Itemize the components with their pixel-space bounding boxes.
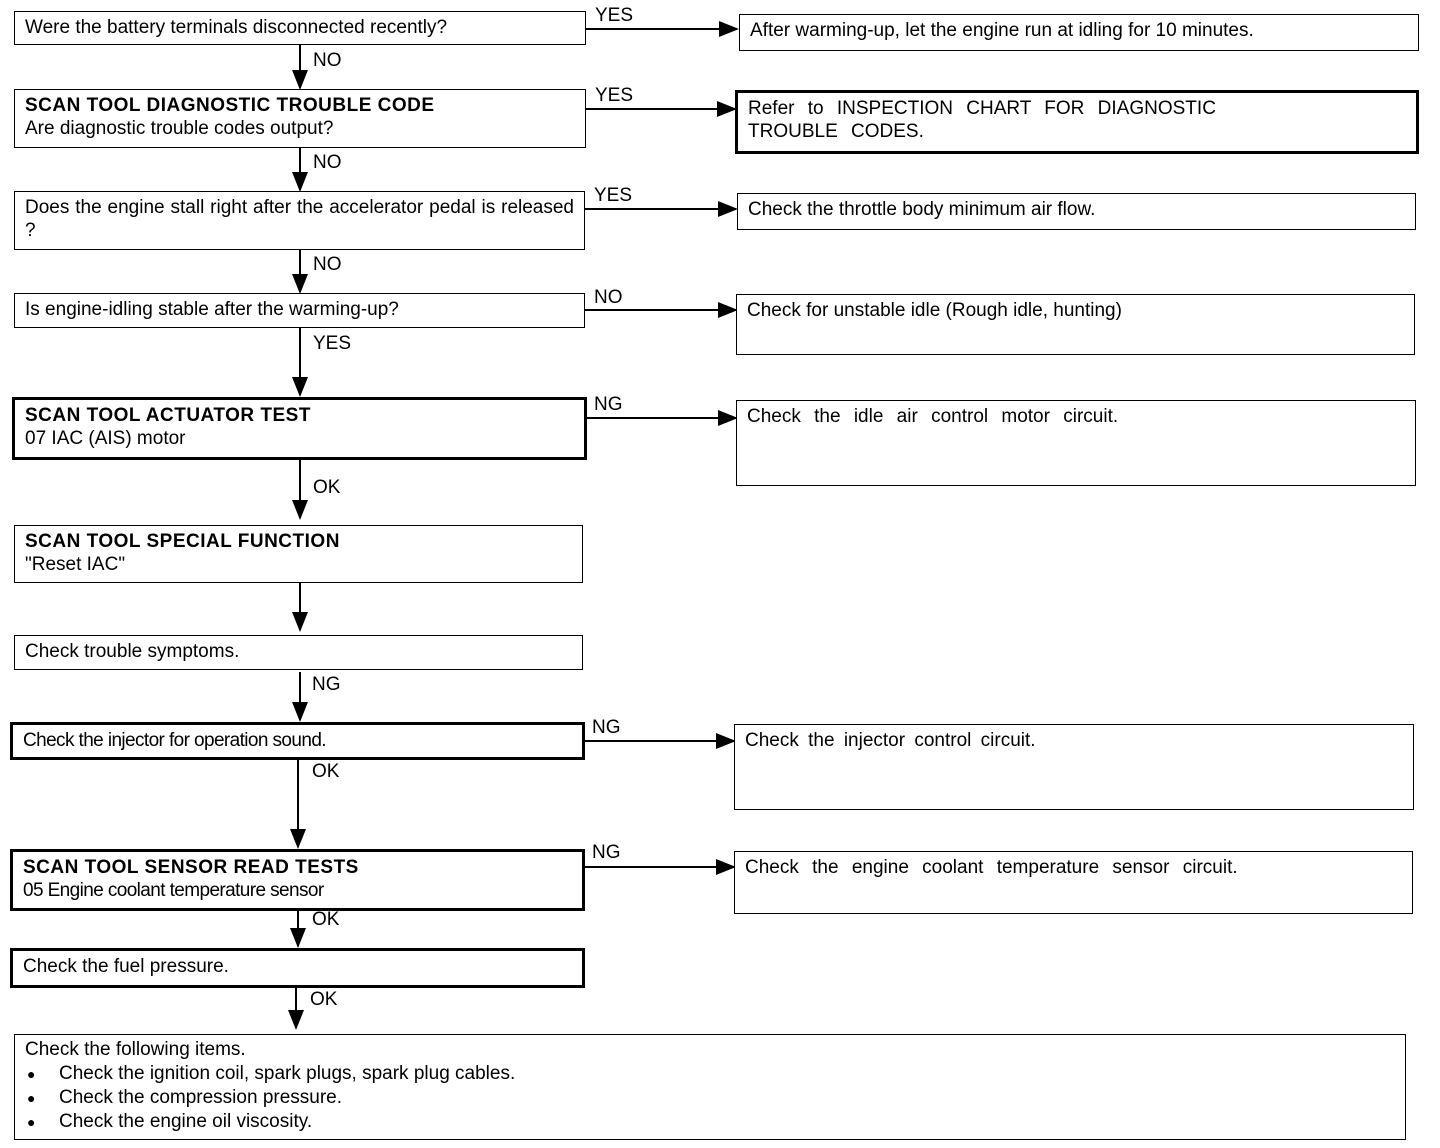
- branch-label: NG: [592, 843, 621, 863]
- step-text: Is engine-idling stable after the warmin…: [25, 298, 574, 321]
- step-engine-stall: Does the engine stall right after the ac…: [14, 191, 585, 250]
- result-coolant-sensor-circuit: Check the engine coolant temperature sen…: [734, 851, 1413, 914]
- step-battery-disconnected: Were the battery terminals disconnected …: [14, 11, 586, 45]
- step-idle-stable: Is engine-idling stable after the warmin…: [14, 293, 585, 328]
- branch-label: YES: [595, 86, 633, 106]
- down-label: NO: [313, 51, 342, 71]
- down-label: NO: [313, 153, 342, 173]
- down-label: OK: [313, 478, 340, 498]
- result-unstable-idle: Check for unstable idle (Rough idle, hun…: [736, 294, 1415, 355]
- step-title: SCAN TOOL SPECIAL FUNCTION: [25, 530, 572, 553]
- step-title: SCAN TOOL SENSOR READ TESTS: [23, 856, 572, 879]
- result-text: Check the throttle body minimum air flow…: [748, 198, 1405, 221]
- result-throttle-air-flow: Check the throttle body minimum air flow…: [737, 193, 1416, 230]
- step-text: Check the following items.: [25, 1038, 1395, 1062]
- step-text: Check trouble symptoms.: [25, 640, 572, 663]
- step-text: Does the engine stall right after the ac…: [25, 196, 574, 242]
- step-fuel-pressure: Check the fuel pressure.: [10, 948, 585, 988]
- check-item: Check the ignition coil, spark plugs, sp…: [25, 1062, 1395, 1086]
- step-text: Are diagnostic trouble codes output?: [25, 117, 575, 140]
- step-scan-tool-dtc: SCAN TOOL DIAGNOSTIC TROUBLE CODE Are di…: [14, 89, 586, 148]
- step-check-items: Check the following items. Check the ign…: [14, 1034, 1406, 1140]
- result-text: Check the idle air control motor circuit…: [747, 405, 1405, 428]
- result-text: Check for unstable idle (Rough idle, hun…: [747, 299, 1404, 322]
- check-items-list: Check the ignition coil, spark plugs, sp…: [25, 1062, 1395, 1134]
- branch-label: NG: [594, 395, 623, 415]
- result-warm-up-idle: After warming-up, let the engine run at …: [739, 14, 1419, 51]
- result-text: Check the injector control circuit.: [745, 729, 1403, 752]
- down-label: OK: [312, 910, 339, 930]
- step-text: "Reset IAC": [25, 553, 572, 576]
- result-iac-motor-circuit: Check the idle air control motor circuit…: [736, 400, 1416, 486]
- step-trouble-symptoms: Check trouble symptoms.: [14, 635, 583, 670]
- result-injector-circuit: Check the injector control circuit.: [734, 724, 1414, 810]
- branch-label: YES: [595, 6, 633, 26]
- step-sensor-read-tests: SCAN TOOL SENSOR READ TESTS 05 Engine co…: [10, 849, 585, 911]
- result-text: Check the engine coolant temperature sen…: [745, 856, 1402, 879]
- step-text: 05 Engine coolant temperature sensor: [23, 879, 572, 902]
- down-label: OK: [312, 762, 339, 782]
- down-label: NO: [313, 255, 342, 275]
- step-special-function: SCAN TOOL SPECIAL FUNCTION "Reset IAC": [14, 525, 583, 583]
- step-actuator-test: SCAN TOOL ACTUATOR TEST 07 IAC (AIS) mot…: [12, 397, 587, 460]
- branch-label: YES: [594, 186, 632, 206]
- step-injector-sound: Check the injector for operation sound.: [10, 722, 585, 760]
- step-text: Were the battery terminals disconnected …: [25, 16, 575, 39]
- step-text: Check the injector for operation sound.: [23, 729, 572, 752]
- step-text: 07 IAC (AIS) motor: [25, 427, 574, 450]
- check-item: Check the compression pressure.: [25, 1086, 1395, 1110]
- result-text: Refer to INSPECTION CHART FOR DIAGNOSTIC…: [748, 97, 1318, 143]
- check-item: Check the engine oil viscosity.: [25, 1110, 1395, 1134]
- step-text: Check the fuel pressure.: [23, 955, 572, 978]
- result-text: After warming-up, let the engine run at …: [750, 19, 1408, 42]
- step-title: SCAN TOOL DIAGNOSTIC TROUBLE CODE: [25, 94, 575, 117]
- result-inspection-chart: Refer to INSPECTION CHART FOR DIAGNOSTIC…: [735, 90, 1419, 154]
- branch-label: NG: [592, 718, 621, 738]
- down-label: NG: [312, 675, 341, 695]
- step-title: SCAN TOOL ACTUATOR TEST: [25, 404, 574, 427]
- down-label: OK: [310, 990, 337, 1010]
- branch-label: NO: [594, 288, 623, 308]
- down-label: YES: [313, 334, 351, 354]
